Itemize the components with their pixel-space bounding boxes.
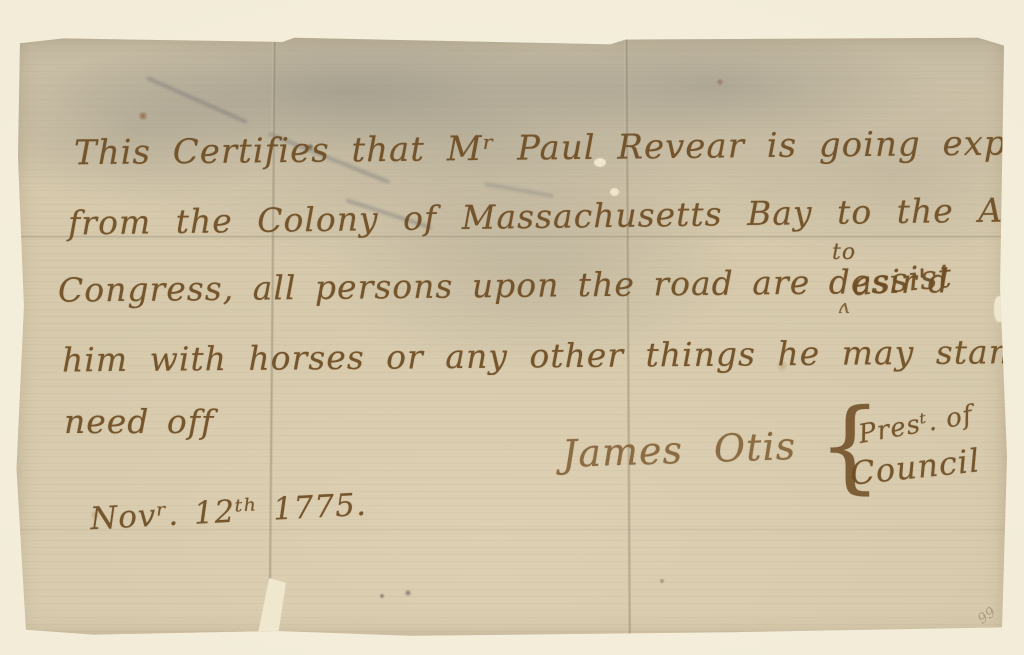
scanned-document-backdrop: This Certifies that Mʳ Paul Revear is go… [0,0,1024,655]
paper-flaw-spot [610,188,619,196]
handwritten-line-4: him with horses or any other things he m… [62,332,1024,380]
insertion-caret: ʌ [838,294,850,318]
inserted-word-to: to [832,240,856,265]
paper-edge-chip [994,296,1006,322]
document-paper: This Certifies that Mʳ Paul Revear is go… [14,36,1008,637]
signature-james-otis: James Otis [561,424,796,476]
handwritten-line-5: need off [64,402,214,441]
